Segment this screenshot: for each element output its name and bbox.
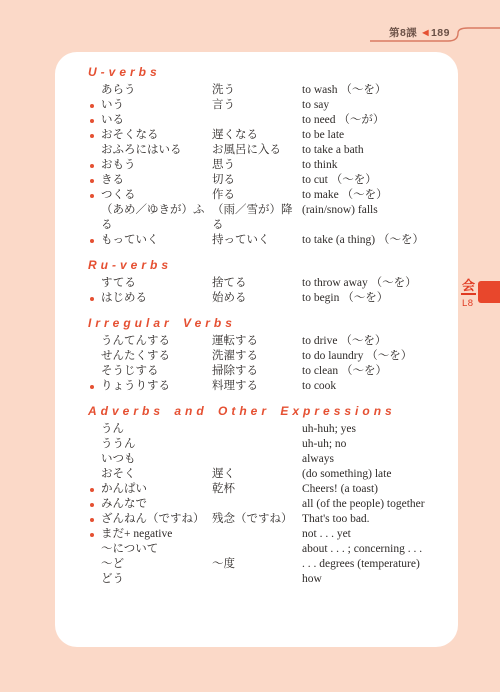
vocab-english: uh-uh; no [302, 437, 448, 452]
textbook-page: 第8課◀189 U-verbsあらう洗うto wash （〜を）いう言うto s… [0, 0, 500, 692]
vocab-english: to take a bath [302, 143, 448, 158]
vocab-kana: どう [101, 572, 212, 587]
vocab-english: That's too bad. [302, 512, 448, 527]
vocab-row: そうじする掃除するto clean （〜を） [88, 364, 448, 379]
vocab-kanji [212, 452, 302, 467]
side-tab-lesson: L8 [462, 298, 474, 309]
vocab-kanji: 思う [212, 158, 302, 173]
vocab-kana: みんなで [101, 497, 212, 512]
vocab-row: おふろにはいるお風呂に入るto take a bath [88, 143, 448, 158]
vocab-english: to do laundry （〜を） [302, 349, 448, 364]
vocab-english: always [302, 452, 448, 467]
vocab-row: かんぱい乾杯Cheers! (a toast) [88, 482, 448, 497]
vocab-kanji: 料理する [212, 379, 302, 394]
page-header: 第8課◀189 [360, 25, 450, 40]
content-panel: U-verbsあらう洗うto wash （〜を）いう言うto sayいるto n… [55, 52, 458, 647]
vocab-english: . . . degrees (temperature) [302, 557, 448, 572]
vocab-kana: きる [101, 173, 212, 188]
memorize-bullet-icon [90, 164, 94, 168]
vocab-english: about . . . ; concerning . . . [302, 542, 448, 557]
vocab-row: はじめる始めるto begin （〜を） [88, 291, 448, 306]
vocab-row: すてる捨てるto throw away （〜を） [88, 276, 448, 291]
vocab-row: いう言うto say [88, 98, 448, 113]
vocab-row: りょうりする料理するto cook [88, 379, 448, 394]
memorize-bullet-icon [90, 385, 94, 389]
vocab-english: all (of the people) together [302, 497, 448, 512]
vocab-row: ざんねん（ですね）残念（ですね）That's too bad. [88, 512, 448, 527]
vocab-english: (rain/snow) falls [302, 203, 448, 233]
vocab-english: to clean （〜を） [302, 364, 448, 379]
vocab-kanji: 運転する [212, 334, 302, 349]
vocab-english: to need （〜が） [302, 113, 448, 128]
vocab-english: to think [302, 158, 448, 173]
vocab-kanji: 捨てる [212, 276, 302, 291]
vocab-row: うんuh-huh; yes [88, 422, 448, 437]
vocab-kana: うん [101, 422, 212, 437]
vocab-row: おもう思うto think [88, 158, 448, 173]
vocab-row: みんなでall (of the people) together [88, 497, 448, 512]
vocab-kana: ううん [101, 437, 212, 452]
vocab-kana: いう [101, 98, 212, 113]
vocab-kanji [212, 527, 302, 542]
vocab-english: to cook [302, 379, 448, 394]
memorize-bullet-icon [90, 119, 94, 123]
vocab-kanji: 始める [212, 291, 302, 306]
vocab-kanji [212, 572, 302, 587]
memorize-bullet-icon [90, 134, 94, 138]
vocab-kana: はじめる [101, 291, 212, 306]
vocab-kanji: 洗濯する [212, 349, 302, 364]
vocab-row: どうhow [88, 572, 448, 587]
vocab-kanji: お風呂に入る [212, 143, 302, 158]
vocab-kanji: 乾杯 [212, 482, 302, 497]
memorize-bullet-icon [90, 518, 94, 522]
vocab-english: to take (a thing) （〜を） [302, 233, 448, 248]
vocab-row: あらう洗うto wash （〜を） [88, 83, 448, 98]
vocab-kana: おそく [101, 467, 212, 482]
vocab-kanji: 遅くなる [212, 128, 302, 143]
section-title: Ru-verbs [88, 258, 448, 273]
vocab-kana: （あめ／ゆきが）ふる [101, 203, 212, 233]
vocab-row: いつもalways [88, 452, 448, 467]
vocab-english: Cheers! (a toast) [302, 482, 448, 497]
vocab-english: to wash （〜を） [302, 83, 448, 98]
vocab-row: （あめ／ゆきが）ふる（雨／雪が）降る(rain/snow) falls [88, 203, 448, 233]
vocab-row: うんてんする運転するto drive （〜を） [88, 334, 448, 349]
section-title: U-verbs [88, 65, 448, 80]
vocab-kana: 〜について [101, 542, 212, 557]
vocab-english: how [302, 572, 448, 587]
side-tab: 会 L8 [458, 277, 500, 313]
vocab-row: まだ+ negativenot . . . yet [88, 527, 448, 542]
memorize-bullet-icon [90, 239, 94, 243]
vocab-kana: おふろにはいる [101, 143, 212, 158]
side-tab-marker [478, 281, 500, 303]
vocab-kana: ざんねん（ですね） [101, 512, 212, 527]
vocab-kana: つくる [101, 188, 212, 203]
vocab-kanji [212, 422, 302, 437]
vocab-english: to throw away （〜を） [302, 276, 448, 291]
vocab-kanji [212, 542, 302, 557]
vocab-row: つくる作るto make （〜を） [88, 188, 448, 203]
memorize-bullet-icon [90, 179, 94, 183]
vocab-kanji [212, 437, 302, 452]
vocab-english: to say [302, 98, 448, 113]
side-tab-label: 会 [461, 279, 476, 295]
vocab-row: 〜についてabout . . . ; concerning . . . [88, 542, 448, 557]
memorize-bullet-icon [90, 194, 94, 198]
vocab-english: uh-huh; yes [302, 422, 448, 437]
section-title: Irregular Verbs [88, 316, 448, 331]
memorize-bullet-icon [90, 297, 94, 301]
vocab-kanji: 〜度 [212, 557, 302, 572]
vocab-row: ううんuh-uh; no [88, 437, 448, 452]
vocab-row: おそく遅く(do something) late [88, 467, 448, 482]
vocab-kana: おそくなる [101, 128, 212, 143]
vocab-row: きる切るto cut （〜を） [88, 173, 448, 188]
vocab-kanji [212, 113, 302, 128]
vocab-kanji: 残念（ですね） [212, 512, 302, 527]
vocab-kana: いつも [101, 452, 212, 467]
chapter-label: 第8課 [389, 27, 417, 39]
vocab-kana: りょうりする [101, 379, 212, 394]
vocab-row: 〜ど〜度. . . degrees (temperature) [88, 557, 448, 572]
vocab-english: not . . . yet [302, 527, 448, 542]
vocab-english: to begin （〜を） [302, 291, 448, 306]
vocab-kanji: 切る [212, 173, 302, 188]
vocab-english: (do something) late [302, 467, 448, 482]
vocab-kana: まだ+ negative [101, 527, 212, 542]
vocab-row: せんたくする洗濯するto do laundry （〜を） [88, 349, 448, 364]
vocab-kanji: （雨／雪が）降る [212, 203, 302, 233]
vocab-kanji: 遅く [212, 467, 302, 482]
vocab-kana: いる [101, 113, 212, 128]
vocab-kana: うんてんする [101, 334, 212, 349]
vocab-row: いるto need （〜が） [88, 113, 448, 128]
memorize-bullet-icon [90, 488, 94, 492]
vocab-kana: そうじする [101, 364, 212, 379]
vocab-kana: もっていく [101, 233, 212, 248]
vocab-english: to drive （〜を） [302, 334, 448, 349]
vocab-list: U-verbsあらう洗うto wash （〜を）いう言うto sayいるto n… [88, 65, 448, 587]
vocab-kanji: 作る [212, 188, 302, 203]
vocab-row: もっていく持っていくto take (a thing) （〜を） [88, 233, 448, 248]
page-number: 189 [431, 27, 450, 39]
vocab-kanji [212, 497, 302, 512]
vocab-row: おそくなる遅くなるto be late [88, 128, 448, 143]
vocab-english: to make （〜を） [302, 188, 448, 203]
memorize-bullet-icon [90, 104, 94, 108]
vocab-kanji: 言う [212, 98, 302, 113]
vocab-kana: すてる [101, 276, 212, 291]
vocab-kana: あらう [101, 83, 212, 98]
vocab-english: to cut （〜を） [302, 173, 448, 188]
section-title: Adverbs and Other Expressions [88, 404, 448, 419]
vocab-kana: 〜ど [101, 557, 212, 572]
vocab-kana: おもう [101, 158, 212, 173]
vocab-kanji: 持っていく [212, 233, 302, 248]
vocab-kana: せんたくする [101, 349, 212, 364]
vocab-english: to be late [302, 128, 448, 143]
memorize-bullet-icon [90, 533, 94, 537]
vocab-kana: かんぱい [101, 482, 212, 497]
memorize-bullet-icon [90, 503, 94, 507]
vocab-kanji: 洗う [212, 83, 302, 98]
vocab-kanji: 掃除する [212, 364, 302, 379]
chapter-arrow-icon: ◀ [422, 28, 429, 37]
